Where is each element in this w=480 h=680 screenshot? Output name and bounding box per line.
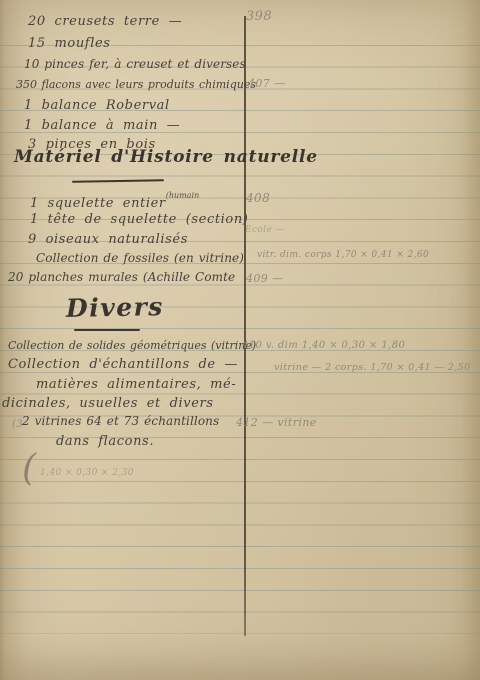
inventory-item-balance-roberval: 1 balance Roberval — [24, 98, 170, 113]
hn-item-oiseaux: 9 oiseaux naturalisés — [28, 232, 188, 247]
margin-note-vitrine-2corps: vitrine — 2 corps. 1,70 × 0,41 — 2,50 — [274, 362, 471, 373]
hn-item-squelette: 1 squelette entier(humain — [30, 191, 199, 211]
hn-item-squelette-text: 1 squelette entier — [30, 196, 166, 211]
divers-item-solides: Collection de solides géométriques (vitr… — [8, 339, 256, 352]
inventory-item-pinces-fer: 10 pinces fer, à creuset et diverses — [24, 57, 246, 71]
inventory-item-balance-main: 1 balance à main — — [24, 118, 180, 133]
margin-vertical-rule — [244, 16, 246, 636]
divers-item-vitrines: 2 vitrines 64 et 73 échantillons — [22, 414, 219, 428]
inventory-item-creusets: 20 creusets terre — — [28, 14, 182, 29]
ruled-lines — [0, 24, 480, 634]
hn-item-squelette-superscript: (humain — [166, 191, 200, 200]
margin-note-bottom-dimensions: 1,40 × 0,30 × 2,30 — [40, 468, 134, 478]
divers-item-flacons: dans flacons. — [56, 434, 154, 449]
hn-item-fossiles: Collection de fossiles (en vitrine) — [36, 251, 244, 265]
margin-note-408: 408 — [246, 191, 270, 205]
inventory-item-flacons: 350 flacons avec leurs produits chimique… — [16, 78, 256, 91]
margin-note-412: 412 — vitrine — [236, 416, 317, 429]
inventory-item-moufles: 15 moufles — [28, 36, 111, 51]
page-number: 398 — [246, 9, 272, 24]
margin-note-407: 407 — — [248, 77, 286, 90]
insert-mark: (3 — [12, 419, 23, 430]
divers-item-matieres: matières alimentaires, mé- — [36, 377, 236, 392]
section-title-divers: Divers — [66, 292, 164, 323]
hn-item-tete-squelette: 1 tête de squelette (section) — [30, 212, 248, 227]
margin-note-fossiles-dimensions: vitr. dim. corps 1,70 × 0,41 × 2,60 — [257, 250, 429, 260]
divers-item-echantillons: Collection d'échantillons de — — [8, 357, 238, 372]
ledger-page: 398 20 creusets terre — 15 moufles 10 pi… — [0, 0, 480, 680]
section-title-histoire-naturelle: Matériel d'Histoire naturelle — [14, 147, 318, 167]
hn-item-planches: 20 planches murales (Achille Comte — [8, 270, 235, 284]
margin-note-ecole: Ecole — — [245, 225, 285, 235]
title-underline — [72, 179, 164, 183]
margin-note-409: 409 — — [246, 272, 284, 285]
margin-note-410: 410 v. dim 1,40 × 0,30 × 1,80 — [242, 340, 405, 351]
title-underline-divers — [74, 329, 140, 331]
divers-item-dicinales: dicinales, usuelles et divers — [2, 396, 214, 411]
bottom-bracket: ( — [22, 448, 36, 489]
